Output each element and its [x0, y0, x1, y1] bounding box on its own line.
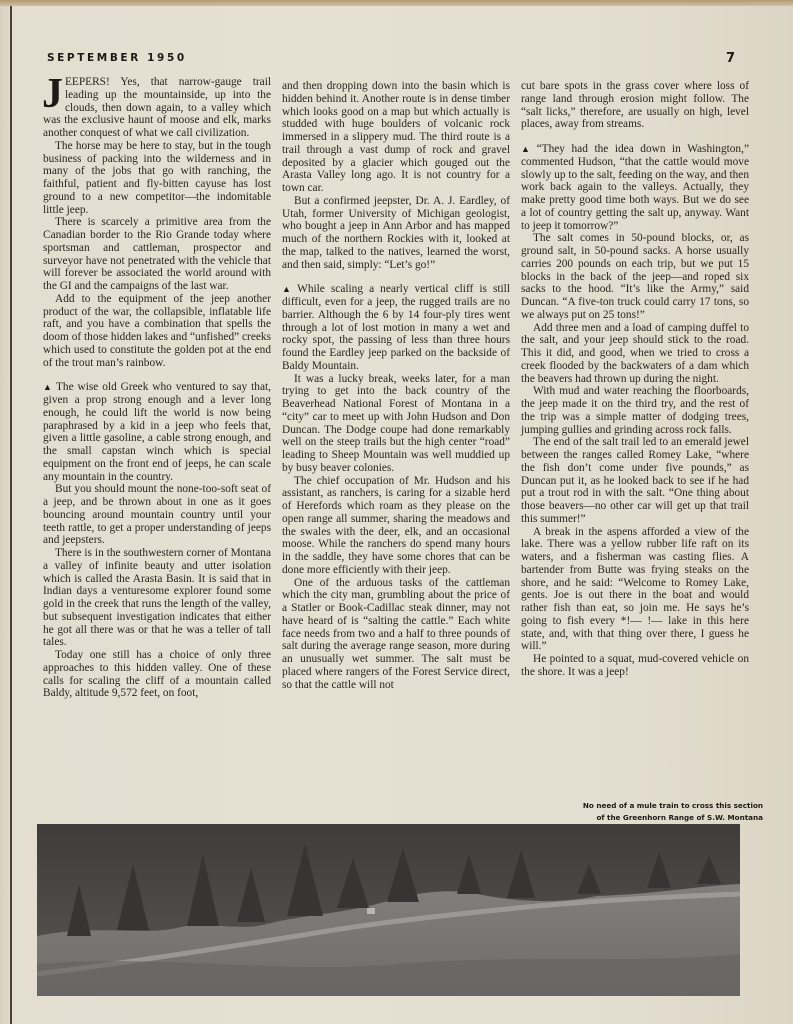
paragraph-text: cut bare spots in the grass cover where …: [521, 80, 749, 130]
article-paragraph: Today one still has a choice of only thr…: [43, 649, 271, 700]
paragraph-text: and then dropping down into the basin wh…: [282, 80, 510, 194]
running-head-date: SEPTEMBER 1950: [47, 52, 187, 64]
paragraph-text: While scaling a nearly vertical cliff is…: [282, 283, 510, 372]
paragraph-text: Add to the equipment of the jeep another…: [43, 293, 271, 369]
article-paragraph: ▲The wise old Greek who ventured to say …: [43, 381, 271, 483]
article-paragraph: The end of the salt trail led to an emer…: [521, 436, 749, 525]
article-paragraph: The horse may be here to stay, but in th…: [43, 140, 271, 217]
article-paragraph: The salt comes in 50-pound blocks, or, a…: [521, 232, 749, 321]
paragraph-text: Today one still has a choice of only thr…: [43, 649, 271, 699]
paragraph-text: But you should mount the none-too-soft s…: [43, 483, 271, 546]
triangle-bullet-icon: ▲: [521, 144, 534, 154]
article-paragraph: and then dropping down into the basin wh…: [282, 80, 510, 195]
paragraph-text: The chief occupation of Mr. Hudson and h…: [282, 475, 510, 576]
page-number: 7: [726, 51, 735, 66]
paragraph-text: The wise old Greek who ventured to say t…: [43, 381, 271, 482]
article-paragraph: cut bare spots in the grass cover where …: [521, 80, 749, 131]
article-column-3: cut bare spots in the grass cover where …: [521, 80, 749, 679]
article-paragraph: Add to the equipment of the jeep another…: [43, 293, 271, 370]
paragraph-text: The end of the salt trail led to an emer…: [521, 436, 749, 525]
meadow-trail-photograph: [37, 824, 740, 996]
facing-page-edge: [0, 6, 10, 1024]
article-paragraph: But a confirmed jeepster, Dr. A. J. Eard…: [282, 195, 510, 272]
paragraph-text: With mud and water reaching the floor­bo…: [521, 385, 749, 435]
article-paragraph: But you should mount the none-too-soft s…: [43, 483, 271, 547]
article-paragraph: One of the arduous tasks of the cattle­m…: [282, 577, 510, 692]
paragraph-text: EEPERS! Yes, that narrow-gauge trail lea…: [43, 76, 271, 139]
triangle-bullet-icon: ▲: [43, 382, 53, 392]
paragraph-text: Add three men and a load of camping duff…: [521, 322, 749, 385]
paragraph-text: The horse may be here to stay, but in th…: [43, 140, 271, 216]
paragraph-text: There is scarcely a primitive area from …: [43, 216, 271, 292]
article-paragraph: Add three men and a load of camping duff…: [521, 322, 749, 386]
paragraph-text: There is in the southwestern corner of M…: [43, 547, 271, 648]
article-column-1: JEEPERS! Yes, that narrow-gauge trail le…: [43, 76, 271, 700]
paragraph-text: One of the arduous tasks of the cattle­m…: [282, 577, 510, 691]
article-paragraph: There is in the southwestern corner of M…: [43, 547, 271, 649]
article-paragraph: With mud and water reaching the floor­bo…: [521, 385, 749, 436]
article-paragraph: The chief occupation of Mr. Hudson and h…: [282, 475, 510, 577]
paragraph-text: The salt comes in 50-pound blocks, or, a…: [521, 232, 749, 321]
drop-cap: J: [42, 77, 63, 111]
article-paragraph: He pointed to a squat, mud-covered vehic…: [521, 653, 749, 679]
photo-illustration: [37, 824, 740, 996]
article-paragraph: It was a lucky break, weeks later, for a…: [282, 373, 510, 475]
article-paragraph: A break in the aspens afforded a view of…: [521, 526, 749, 654]
paragraph-text: It was a lucky break, weeks later, for a…: [282, 373, 510, 474]
caption-line-2: of the Greenhorn Range of S.W. Montana: [553, 812, 763, 824]
article-paragraph: ▲While scaling a nearly vertical cliff i…: [282, 283, 510, 372]
paragraph-text: But a confirmed jeepster, Dr. A. J. Eard…: [282, 195, 510, 271]
triangle-bullet-icon: ▲: [282, 284, 294, 294]
paragraph-text: “They had the idea down in Washington,” …: [521, 143, 749, 232]
article-paragraph: There is scarcely a primitive area from …: [43, 216, 271, 293]
article-paragraph: ▲“They had the idea down in Washington,”…: [521, 143, 749, 232]
paragraph-text: He pointed to a squat, mud-covered vehic…: [521, 653, 749, 678]
paragraph-text: A break in the aspens afforded a view of…: [521, 526, 749, 653]
caption-line-1: No need of a mule train to cross this se…: [553, 800, 763, 812]
article-column-2: and then dropping down into the basin wh…: [282, 80, 510, 691]
photo-caption: No need of a mule train to cross this se…: [553, 800, 763, 823]
article-paragraph: JEEPERS! Yes, that narrow-gauge trail le…: [43, 76, 271, 140]
